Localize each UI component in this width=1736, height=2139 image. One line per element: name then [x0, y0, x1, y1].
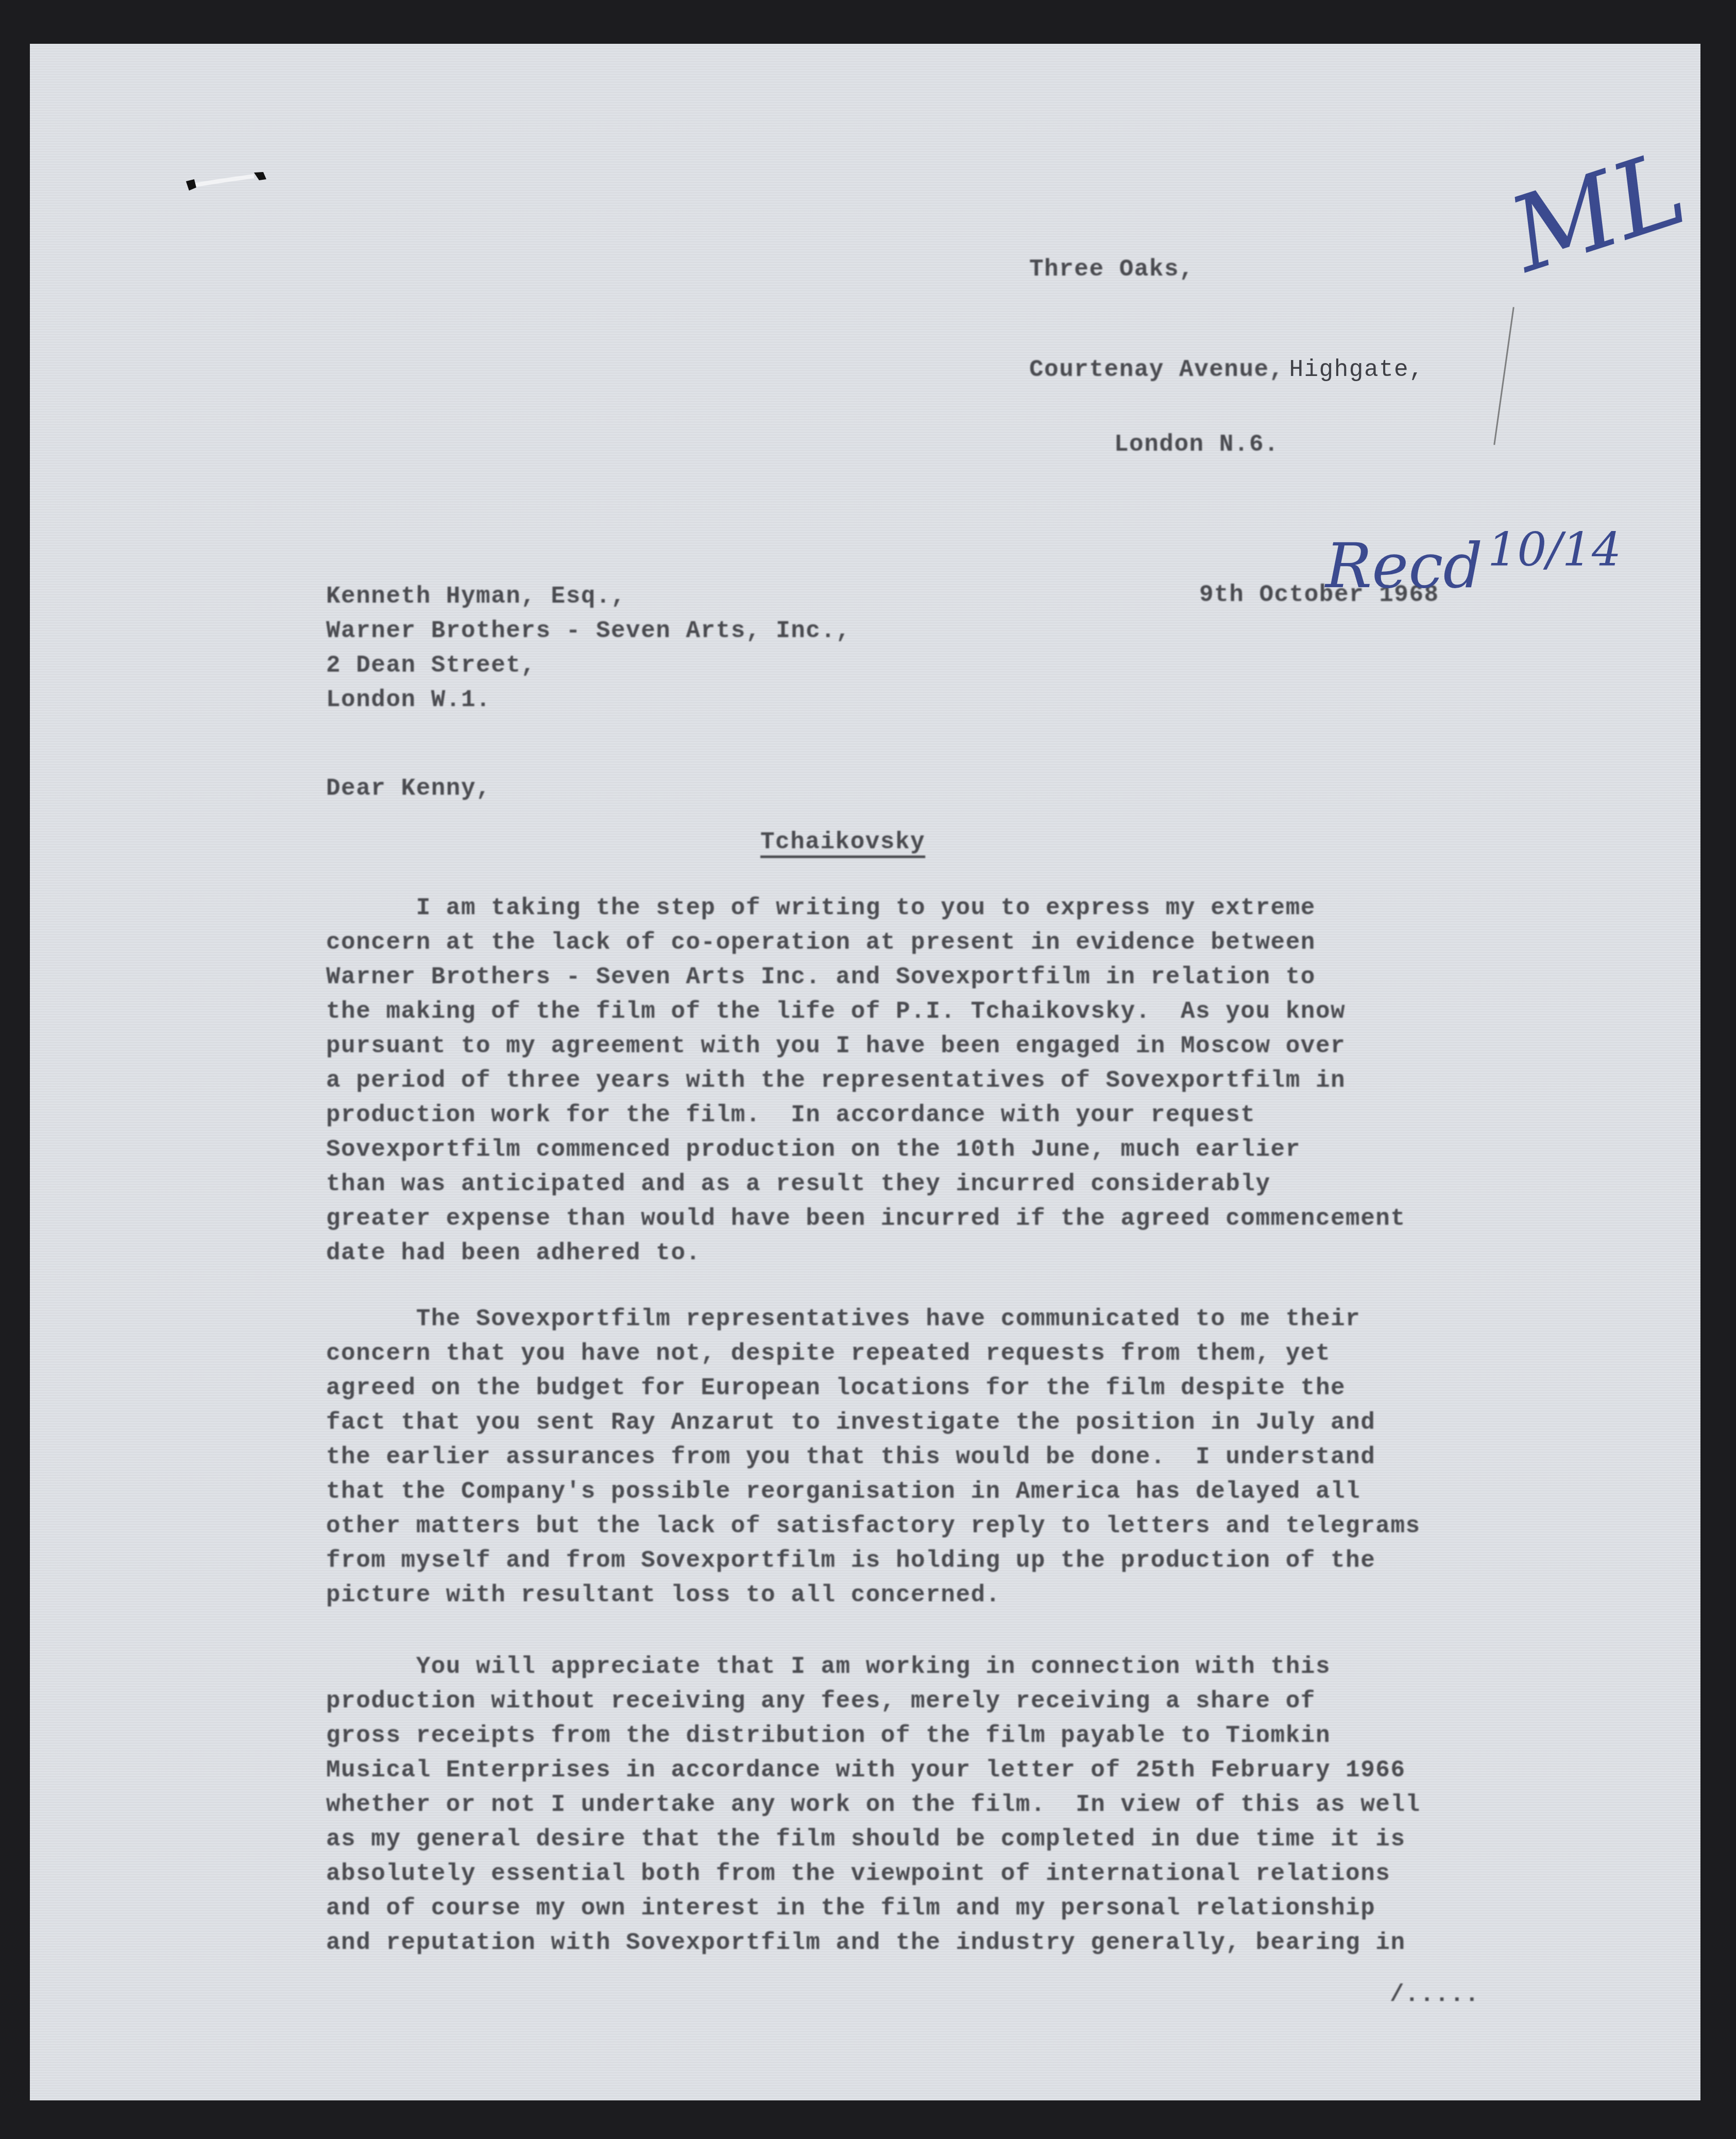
handwritten-initials: ML	[1496, 128, 1699, 296]
text-line: picture with resultant loss to all conce…	[326, 1578, 1562, 1613]
text-line: whether or not I undertake any work on t…	[326, 1788, 1562, 1822]
text-line: The Sovexportfilm representatives have c…	[326, 1302, 1562, 1337]
text-line: from myself and from Sovexportfilm is ho…	[326, 1544, 1562, 1578]
text-line: Sovexportfilm commenced production on th…	[326, 1133, 1562, 1167]
text-line: gross receipts from the distribution of …	[326, 1719, 1562, 1753]
text-line: Musical Enterprises in accordance with y…	[326, 1753, 1562, 1788]
text-line: and reputation with Sovexportfilm and th…	[326, 1926, 1562, 1960]
handwritten-received-note: Recd	[1325, 531, 1483, 602]
text-line: greater expense than would have been inc…	[326, 1202, 1562, 1236]
body-paragraph-2: The Sovexportfilm representatives have c…	[326, 1302, 1562, 1613]
staple-holes-icon	[177, 165, 280, 196]
text-line: concern at the lack of co-operation at p…	[326, 926, 1562, 960]
recipient-line: Kenneth Hyman, Esq.,	[326, 579, 851, 614]
text-line: pursuant to my agreement with you I have…	[326, 1029, 1562, 1064]
text-line: the making of the film of the life of P.…	[326, 995, 1562, 1029]
text-line: that the Company's possible reorganisati…	[326, 1475, 1562, 1509]
text-line: production without receiving any fees, m…	[326, 1684, 1562, 1719]
text-line: You will appreciate that I am working in…	[326, 1650, 1562, 1684]
sender-address-line-2: Courtenay Avenue, Highgate,	[1029, 353, 1424, 387]
salutation: Dear Kenny,	[326, 772, 491, 806]
body-paragraph-3: You will appreciate that I am working in…	[326, 1650, 1562, 1960]
text-line: I am taking the step of writing to you t…	[326, 891, 1562, 926]
text-line: other matters but the lack of satisfacto…	[326, 1509, 1562, 1544]
sender-district-inserted: Highgate,	[1289, 356, 1424, 383]
subject-heading: Tchaikovsky	[760, 825, 925, 860]
sender-street: Courtenay Avenue,	[1029, 356, 1284, 383]
text-line: fact that you sent Ray Anzarut to invest…	[326, 1406, 1562, 1440]
text-line: as my general desire that the film shoul…	[326, 1822, 1562, 1857]
sender-address-line-3: London N.6.	[1114, 427, 1279, 462]
text-line: than was anticipated and as a result the…	[326, 1167, 1562, 1202]
recipient-address: Kenneth Hyman, Esq., Warner Brothers - S…	[326, 579, 851, 717]
text-line: absolutely essential both from the viewp…	[326, 1857, 1562, 1891]
pen-stroke-mark	[1493, 307, 1514, 445]
text-line: agreed on the budget for European locati…	[326, 1371, 1562, 1406]
recipient-line: 2 Dean Street,	[326, 648, 851, 683]
body-paragraph-1: I am taking the step of writing to you t…	[326, 891, 1562, 1271]
text-line: and of course my own interest in the fil…	[326, 1891, 1562, 1926]
letter-page: ML Three Oaks, Courtenay Avenue, Highgat…	[30, 44, 1700, 2100]
text-line: production work for the film. In accorda…	[326, 1098, 1562, 1133]
continuation-mark: /.....	[1390, 1978, 1480, 2012]
text-line: date had been adhered to.	[326, 1236, 1562, 1271]
text-line: concern that you have not, despite repea…	[326, 1337, 1562, 1371]
sender-address-line-1: Three Oaks,	[1029, 252, 1194, 287]
recipient-line: Warner Brothers - Seven Arts, Inc.,	[326, 614, 851, 648]
recipient-line: London W.1.	[326, 683, 851, 717]
text-line: a period of three years with the represe…	[326, 1064, 1562, 1098]
handwritten-received-date: 10/14	[1488, 523, 1621, 577]
text-line: Warner Brothers - Seven Arts Inc. and So…	[326, 960, 1562, 995]
text-line: the earlier assurances from you that thi…	[326, 1440, 1562, 1475]
